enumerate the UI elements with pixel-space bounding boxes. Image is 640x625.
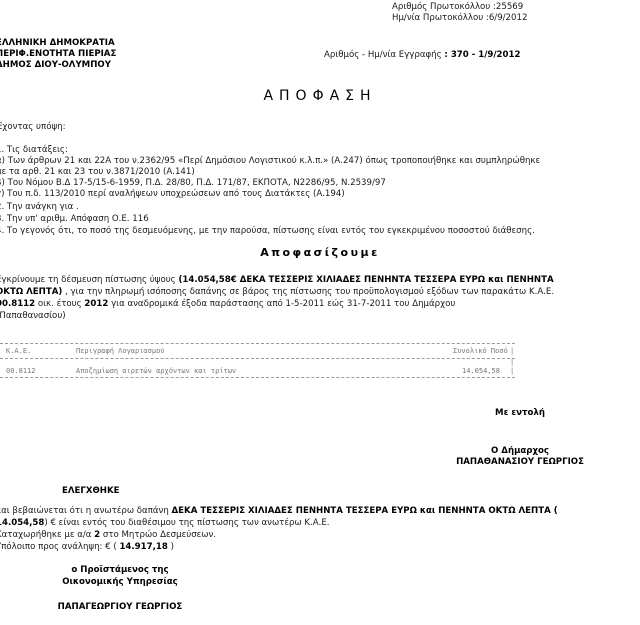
table-border-mid <box>0 358 515 359</box>
verification-text: και βεβαιώνεται ότι η ανωτέρω δαπάνη <box>0 506 172 516</box>
table-row-kae: 00.8112 <box>6 367 36 375</box>
authority-line-2: ΠΕΡΙΦ.ΕΝΟΤΗΤΑ ΠΙΕΡΙΑΣ <box>0 49 116 60</box>
verification-amount-words: ΔΕΚΑ ΤΕΣΣΕΡΙΣ ΧΙΛΙΑΔΕΣ ΠΕΝΗΝΤΑ ΤΕΣΣΕΡΑ Ε… <box>172 506 558 516</box>
table-border-top <box>0 343 515 344</box>
table-row-total: 14.054,58 <box>462 367 500 375</box>
decision-text: οικ. έτους <box>35 299 84 309</box>
decision-text: , για την πληρωμή ισόποσης δαπάνης σε βά… <box>62 287 554 297</box>
considering-item-1a-cont: με τα αρθ. 21 και 23 του ν.3871/2010 (Α.… <box>0 167 195 178</box>
verification-text: στο Μητρώο Δεσμεύσεων. <box>100 530 216 540</box>
verification-line-3: Καταχωρήθηκε με α/α 2 στο Μητρώο Δεσμεύσ… <box>0 530 216 541</box>
verification-text: Καταχωρήθηκε με α/α <box>0 530 94 540</box>
verification-text: ) € είναι εντός του διαθέσιμου της πίστω… <box>44 518 329 528</box>
verification-amount: 14.054,58 <box>0 518 44 528</box>
remaining-amount: 14.917,18 <box>119 542 167 552</box>
decision-text: για αναδρομικά έξοδα παράστασης από 1-5-… <box>108 299 455 309</box>
considering-item-1a: α) Των άρθρων 21 και 22Α του ν.2362/95 «… <box>0 156 540 167</box>
table-pipe: | <box>510 367 514 375</box>
considering-item-2: 2. Την ανάγκη για . <box>0 202 79 213</box>
remaining-label: Υπόλοιπο προς ανάληψη: € ( <box>0 542 119 552</box>
table-row-description: Αποζημίωση αιρετών αρχόντων και τρίτων <box>76 367 236 375</box>
verification-line-4: Υπόλοιπο προς ανάληψη: € ( 14.917,18 ) <box>0 542 174 553</box>
considering-item-1c: γ) Του π.δ. 113/2010 περί αναλήψεων υποχ… <box>0 189 345 200</box>
decision-year: 2012 <box>84 299 108 309</box>
finance-role-line-1: ο Προϊστάμενος της <box>40 565 200 576</box>
decision-line-2: ΟΚΤΩ ΛΕΠΤΑ) , για την πληρωμή ισόποσης δ… <box>0 287 554 298</box>
registration: Αριθμός - Ημ/νία Εγγραφής : 370 - 1/9/20… <box>324 50 520 61</box>
table-header-kae: Κ.Α.Ε. <box>6 347 31 355</box>
considering-item-4: 4. Το γεγονός ότι, το ποσό της δεσμευόμε… <box>0 226 535 237</box>
decision-amount: (14.054,58€ ΔΕΚΑ ΤΕΣΣΕΡΙΣ ΧΙΛΙΑΔΕΣ ΠΕΝΗΝ… <box>178 275 553 285</box>
table-header-description: Περιγραφή Λογαριασμού <box>76 347 165 355</box>
considering-intro: Έχοντας υπόψη: <box>0 122 65 133</box>
verification-heading: ΕΛΕΓΧΘΗΚΕ <box>62 486 120 497</box>
decision-text: Εγκρίνουμε τη δέσμευση πίστωσης ύψους <box>0 275 178 285</box>
authority-line-1: ΕΛΛΗΝΙΚΗ ΔΗΜΟΚΡΑΤΙΑ <box>0 38 115 49</box>
page-title: ΑΠΟΦΑΣΗ <box>0 88 640 104</box>
table-border-bottom <box>0 377 515 378</box>
registration-value: : 370 - 1/9/2012 <box>444 50 520 60</box>
table-header-total: Συνολικό Ποσό <box>453 347 508 355</box>
table-pipe: | <box>510 347 514 355</box>
mayor-name: ΠΑΠΑΘΑΝΑΣΙΟΥ ΓΕΩΡΓΙΟΣ <box>410 457 630 468</box>
decide-heading: Αποφασίζουμε <box>0 246 640 259</box>
protocol-number: Αριθμός Πρωτοκόλλου :25569 <box>392 2 523 13</box>
verification-line-2: 14.054,58) € είναι εντός του διαθέσιμου … <box>0 518 330 529</box>
considering-item-3: 3. Την υπ' αριθμ. Απόφαση Ο.Ε. 116 <box>0 214 149 225</box>
by-order-label: Με εντολή <box>460 408 580 419</box>
decision-line-4: (Παπαθανασίου) <box>0 311 66 322</box>
considering-item-1b: β) Του Νόμου Β.Δ 17-5/15-6-1959, Π.Δ. 28… <box>0 178 386 189</box>
decision-amount-cont: ΟΚΤΩ ΛΕΠΤΑ) <box>0 287 62 297</box>
considering-item-1: 1. Τις διατάξεις: <box>0 145 68 156</box>
registration-label: Αριθμός - Ημ/νία Εγγραφής <box>324 50 444 60</box>
table-pipe: | <box>510 358 514 366</box>
protocol-date: Ημ/νία Πρωτοκόλλου :6/9/2012 <box>392 13 527 24</box>
decision-line-3: 00.8112 οικ. έτους 2012 για αναδρομικά έ… <box>0 299 455 310</box>
mayor-role: Ο Δήμαρχος <box>410 446 630 457</box>
finance-role-line-2: Οικονομικής Υπηρεσίας <box>40 577 200 588</box>
remaining-close: ) <box>168 542 174 552</box>
finance-head-name: ΠΑΠΑΓΕΩΡΓΙΟΥ ΓΕΩΡΓΙΟΣ <box>30 602 210 613</box>
verification-line-1: και βεβαιώνεται ότι η ανωτέρω δαπάνη ΔΕΚ… <box>0 506 558 517</box>
decision-line-1: Εγκρίνουμε τη δέσμευση πίστωσης ύψους (1… <box>0 275 554 286</box>
decision-kae: 00.8112 <box>0 299 35 309</box>
authority-line-3: ΔΗΜΟΣ ΔΙΟΥ-ΟΛΥΜΠΟΥ <box>0 60 111 71</box>
